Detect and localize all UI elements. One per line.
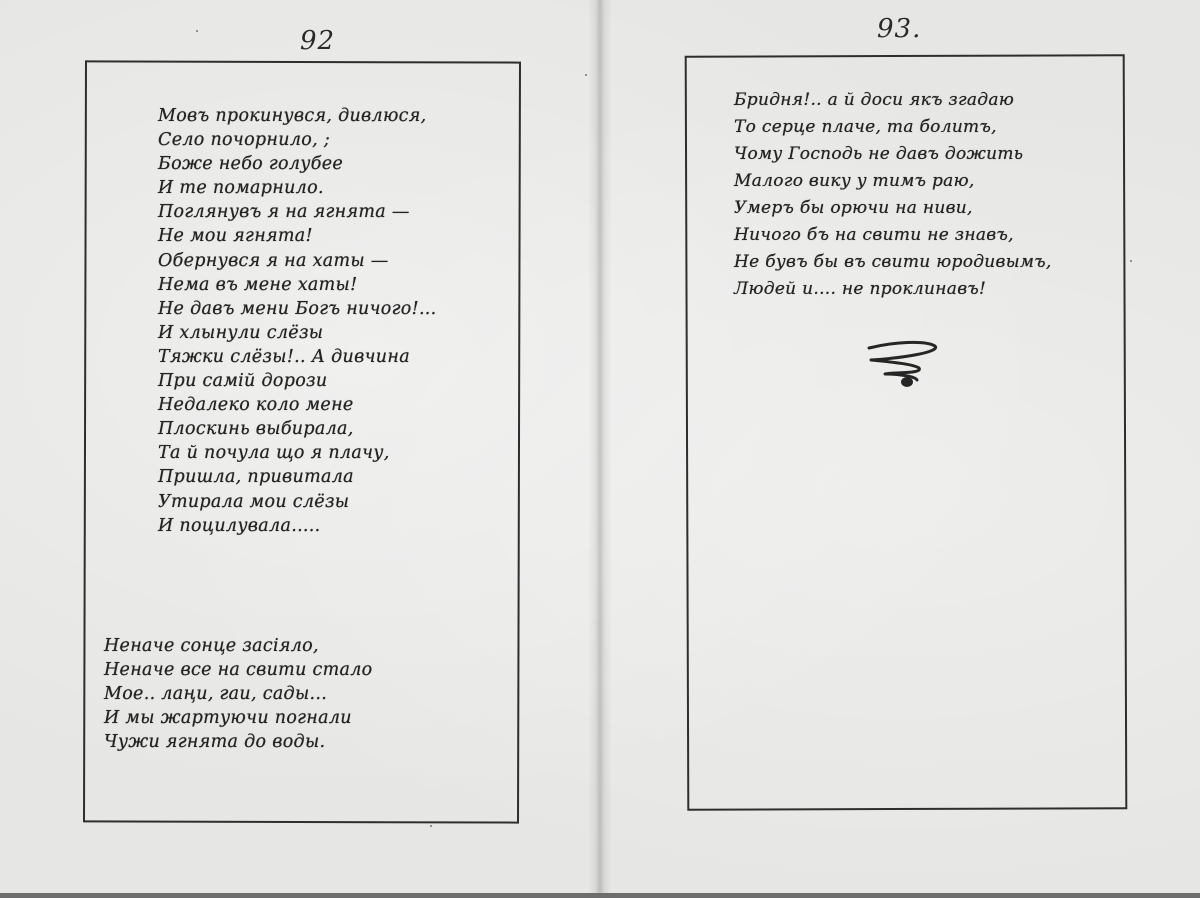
verse-line: Та й почула що я плачу, bbox=[158, 441, 437, 465]
verse-line: Чому Господь не давъ дожить bbox=[734, 141, 1052, 168]
verse-line: Утирала мои слёзы bbox=[158, 490, 437, 514]
paper-speck bbox=[1130, 260, 1132, 262]
verse-line: Нема въ мене хаты! bbox=[158, 273, 437, 297]
verse-line: Обернувся я на хаты — bbox=[158, 249, 437, 273]
page-number: 93. bbox=[877, 14, 921, 44]
verse-line: И мы жартуючи погнали bbox=[104, 706, 373, 730]
book-gutter bbox=[588, 0, 612, 898]
verse-line: Плоскинь выбирала, bbox=[158, 417, 437, 441]
verse-stanza: Бридня!.. а й доси якъ згадаю То серце п… bbox=[734, 87, 1052, 303]
verse-line: Чужи ягнята до воды. bbox=[104, 730, 373, 754]
verse-line: То серце плаче, та болитъ, bbox=[734, 114, 1052, 141]
verse-line: Пришла, привитала bbox=[158, 465, 437, 489]
verse-stanza: Мовъ прокинувся, дивлюся, Село почорнило… bbox=[158, 104, 437, 538]
verse-line: Не давъ мени Богъ ничого!... bbox=[158, 297, 437, 321]
verse-line: Мое.. лаңи, гаи, сады... bbox=[104, 682, 373, 706]
verse-line: Людей и.... не проклинавъ! bbox=[734, 276, 1052, 303]
verse-line: Неначе все на свити стало bbox=[104, 658, 373, 682]
verse-line: Поглянувъ я на ягнята — bbox=[158, 200, 437, 224]
verse-line: Умеръ бы орючи на ниви, bbox=[734, 195, 1052, 222]
verse-line: Ничого бъ на свити не знавъ, bbox=[734, 222, 1052, 249]
verse-line: Бридня!.. а й доси якъ згадаю bbox=[734, 87, 1052, 114]
verse-line: Недалеко коло мене bbox=[158, 393, 437, 417]
paper-speck bbox=[585, 74, 587, 76]
verse-line: Село почорнило, ; bbox=[158, 128, 437, 152]
page-number: 92 bbox=[300, 26, 335, 56]
paper-speck bbox=[196, 30, 198, 32]
verse-line: Мовъ прокинувся, дивлюся, bbox=[158, 104, 437, 128]
verse-stanza: Неначе сонце засіяло, Неначе все на свит… bbox=[104, 634, 373, 754]
verse-line: И хлынули слёзы bbox=[158, 321, 437, 345]
verse-line: И те помарнило. bbox=[158, 176, 437, 200]
manuscript-spread: 92 93. Мовъ прокинувся, дивлюся, Село по… bbox=[0, 0, 1200, 898]
paper-speck bbox=[430, 825, 432, 827]
verse-line: Малого вику у тимъ раю, bbox=[734, 168, 1052, 195]
verse-line: Боже небо голубее bbox=[158, 152, 437, 176]
verse-line: И поцилувала..... bbox=[158, 514, 437, 538]
verse-line: При самій дорози bbox=[158, 369, 437, 393]
verse-line: Тяжки слёзы!.. А дивчина bbox=[158, 345, 437, 369]
verse-line: Не бувъ бы въ свити юродивымъ, bbox=[734, 249, 1052, 276]
verse-line: Неначе сонце засіяло, bbox=[104, 634, 373, 658]
book-bottom-edge bbox=[0, 893, 1200, 898]
end-flourish-icon bbox=[863, 338, 943, 388]
verse-line: Не мои ягнята! bbox=[158, 224, 437, 248]
